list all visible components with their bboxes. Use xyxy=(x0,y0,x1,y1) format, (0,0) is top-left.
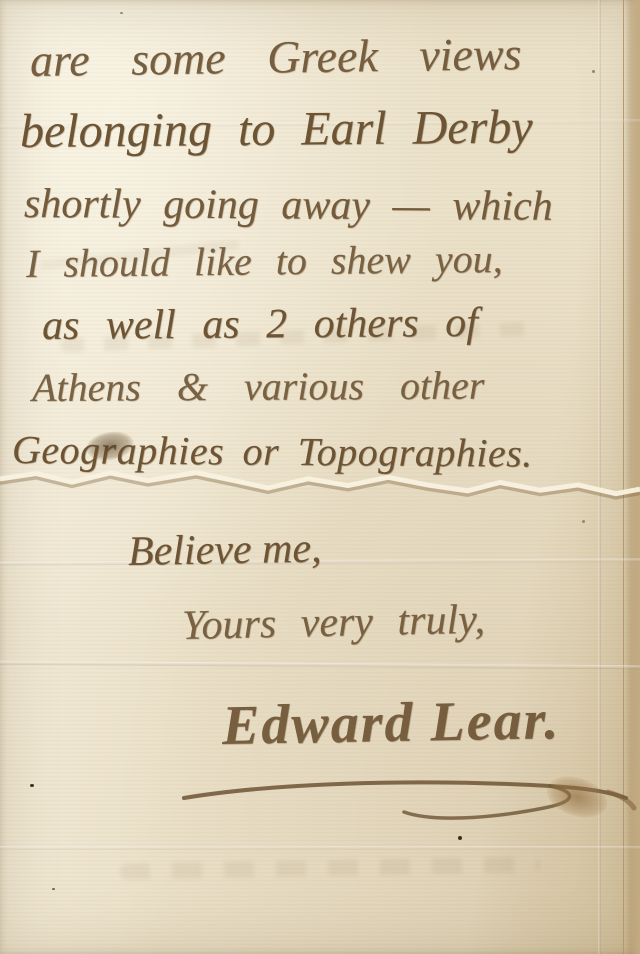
fold-crease xyxy=(0,846,640,850)
ink-speck xyxy=(120,12,123,14)
ink-speck xyxy=(582,520,585,523)
letter-line: as well as 2 others of xyxy=(42,299,478,350)
bleed-through-mark xyxy=(120,856,540,879)
letter-line: belonging to Earl Derby xyxy=(20,100,533,159)
closing-line: Believe me, xyxy=(128,525,322,576)
letter-line: Athens & various other xyxy=(32,362,485,411)
letter-line: are some Greek views xyxy=(30,27,522,87)
signature-flourish xyxy=(178,762,638,832)
letter-page: are some Greek views belonging to Earl D… xyxy=(0,0,640,954)
ink-speck xyxy=(592,70,595,73)
ink-speck xyxy=(458,836,462,840)
letter-line: Geographies or Topographies. xyxy=(12,426,533,477)
letter-line: I should like to shew you, xyxy=(26,235,503,287)
fold-crease xyxy=(0,661,640,669)
ink-speck xyxy=(52,888,55,890)
letter-line: shortly going away — which xyxy=(24,180,553,231)
ink-speck xyxy=(30,784,34,787)
signature-edward-lear: Edward Lear. xyxy=(221,688,560,758)
valediction-line: Yours very truly, xyxy=(181,596,485,650)
